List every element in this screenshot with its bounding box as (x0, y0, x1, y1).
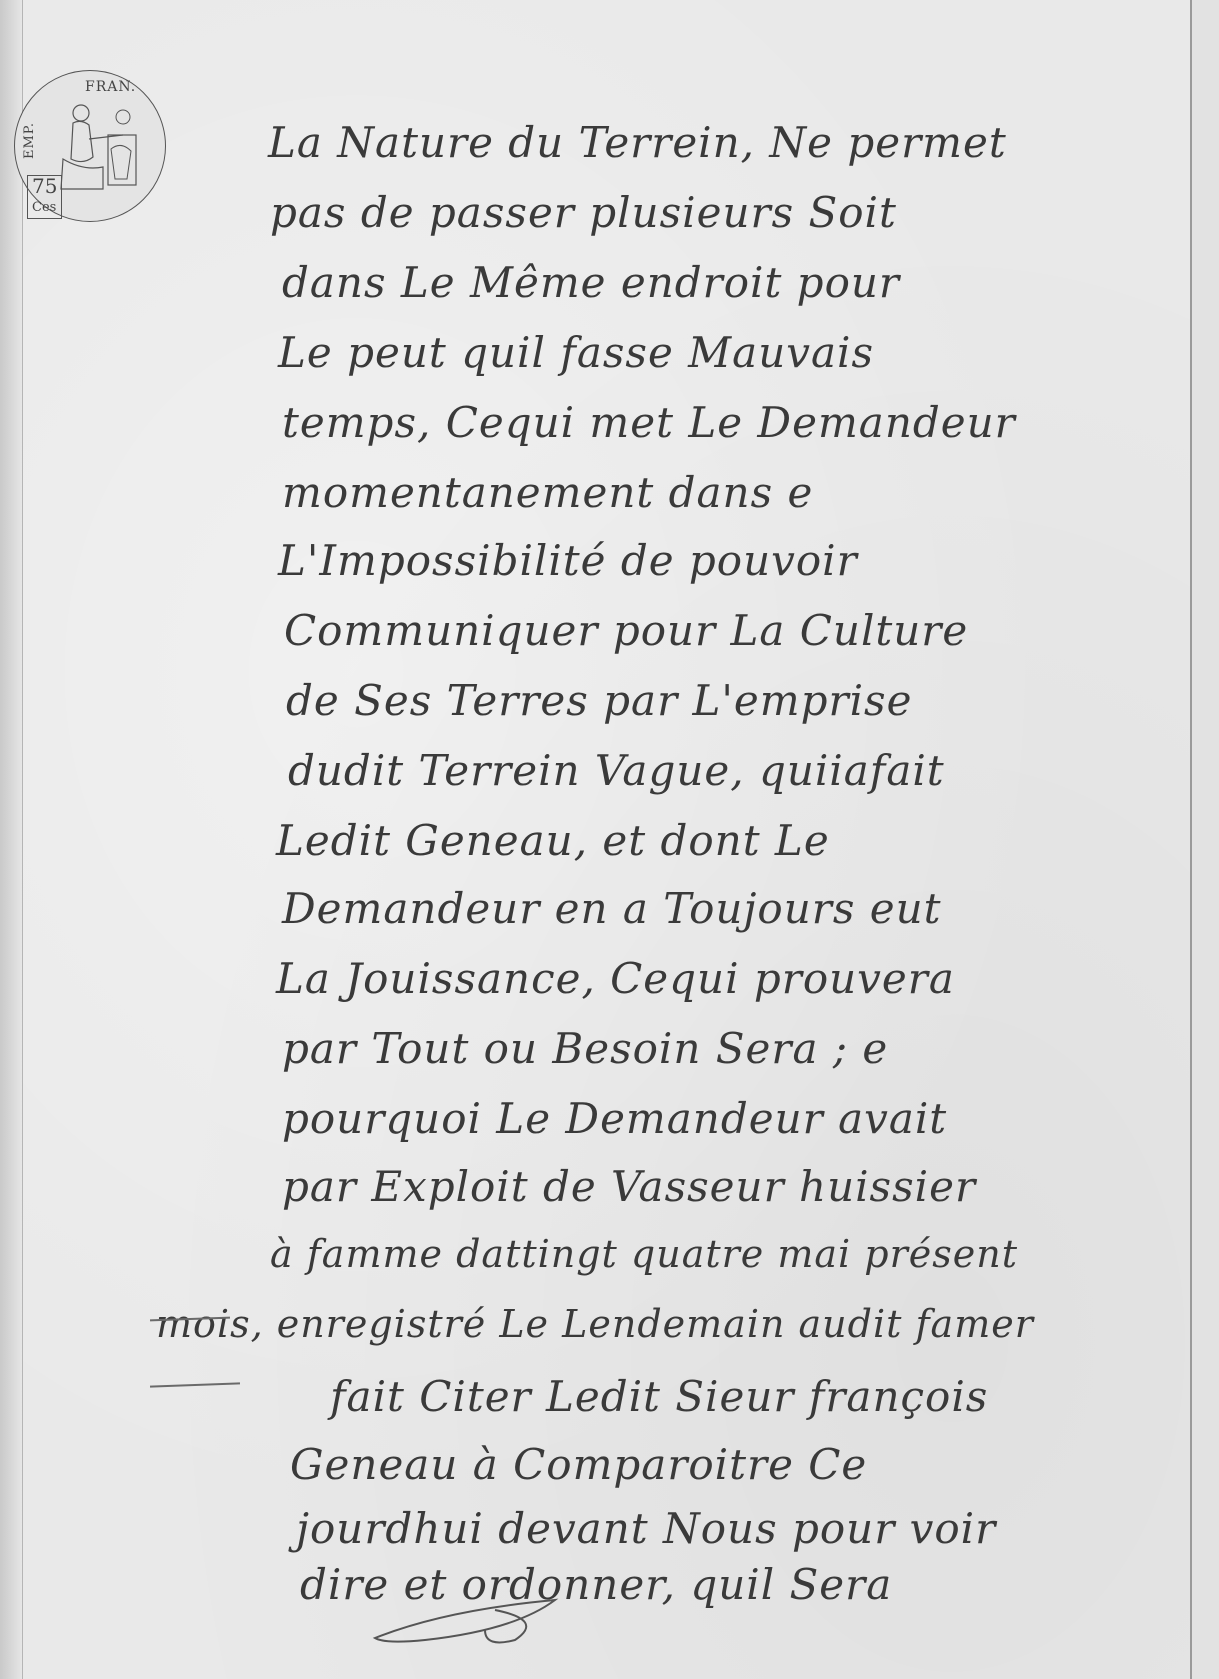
text-line: par Exploit de Vasseur huissier (282, 1162, 976, 1211)
text-line: Le peut quil fasse Mauvais (278, 328, 874, 377)
background-edge (1192, 0, 1219, 1679)
binding-edge (0, 0, 23, 1679)
text-line: dans Le Même endroit pour (282, 258, 900, 307)
text-line: Demandeur en a Toujours eut (282, 884, 942, 933)
text-line: dudit Terrein Vague, quiiafait (288, 746, 945, 795)
text-line: fait Citer Ledit Sieur françois (330, 1372, 988, 1421)
margin-rule (150, 1382, 240, 1387)
tax-stamp: FRAN. EMP. 75 Ces (14, 70, 166, 222)
text-line: Geneau à Comparoitre Ce (290, 1440, 867, 1489)
text-line: pourquoi Le Demandeur avait (282, 1094, 947, 1143)
text-line: à famme dattingt quatre mai présent (270, 1232, 1018, 1276)
stamp-value-unit: Ces (32, 200, 56, 215)
document-page: FRAN. EMP. 75 Ces La Nature du Terrein, … (0, 0, 1192, 1679)
text-line: temps, Cequi met Le Demandeur (282, 398, 1016, 447)
stamp-value: 75 Ces (27, 175, 62, 219)
text-line: jourdhui devant Nous pour voir (296, 1504, 996, 1553)
text-line: par Tout ou Besoin Sera ; e (282, 1024, 888, 1073)
seated-figure-icon (53, 99, 143, 199)
text-line: L'Impossibilité de pouvoir (278, 536, 858, 585)
text-line: La Jouissance, Cequi prouvera (276, 954, 955, 1003)
closing-flourish-icon (365, 1590, 565, 1650)
text-line: La Nature du Terrein, Ne permet (268, 118, 1007, 167)
stamp-side-text: EMP. (22, 122, 37, 159)
text-line: mois, enregistré Le Lendemain audit fame… (156, 1302, 1034, 1346)
text-line: Ledit Geneau, et dont Le (276, 816, 830, 865)
text-line: pas de passer plusieurs Soit (270, 188, 897, 237)
stamp-top-text: FRAN. (85, 79, 136, 95)
text-line: de Ses Terres par L'emprise (286, 676, 912, 725)
text-line: momentanement dans e (282, 468, 813, 517)
stamp-value-number: 75 (32, 174, 57, 198)
text-line: Communiquer pour La Culture (284, 606, 968, 655)
